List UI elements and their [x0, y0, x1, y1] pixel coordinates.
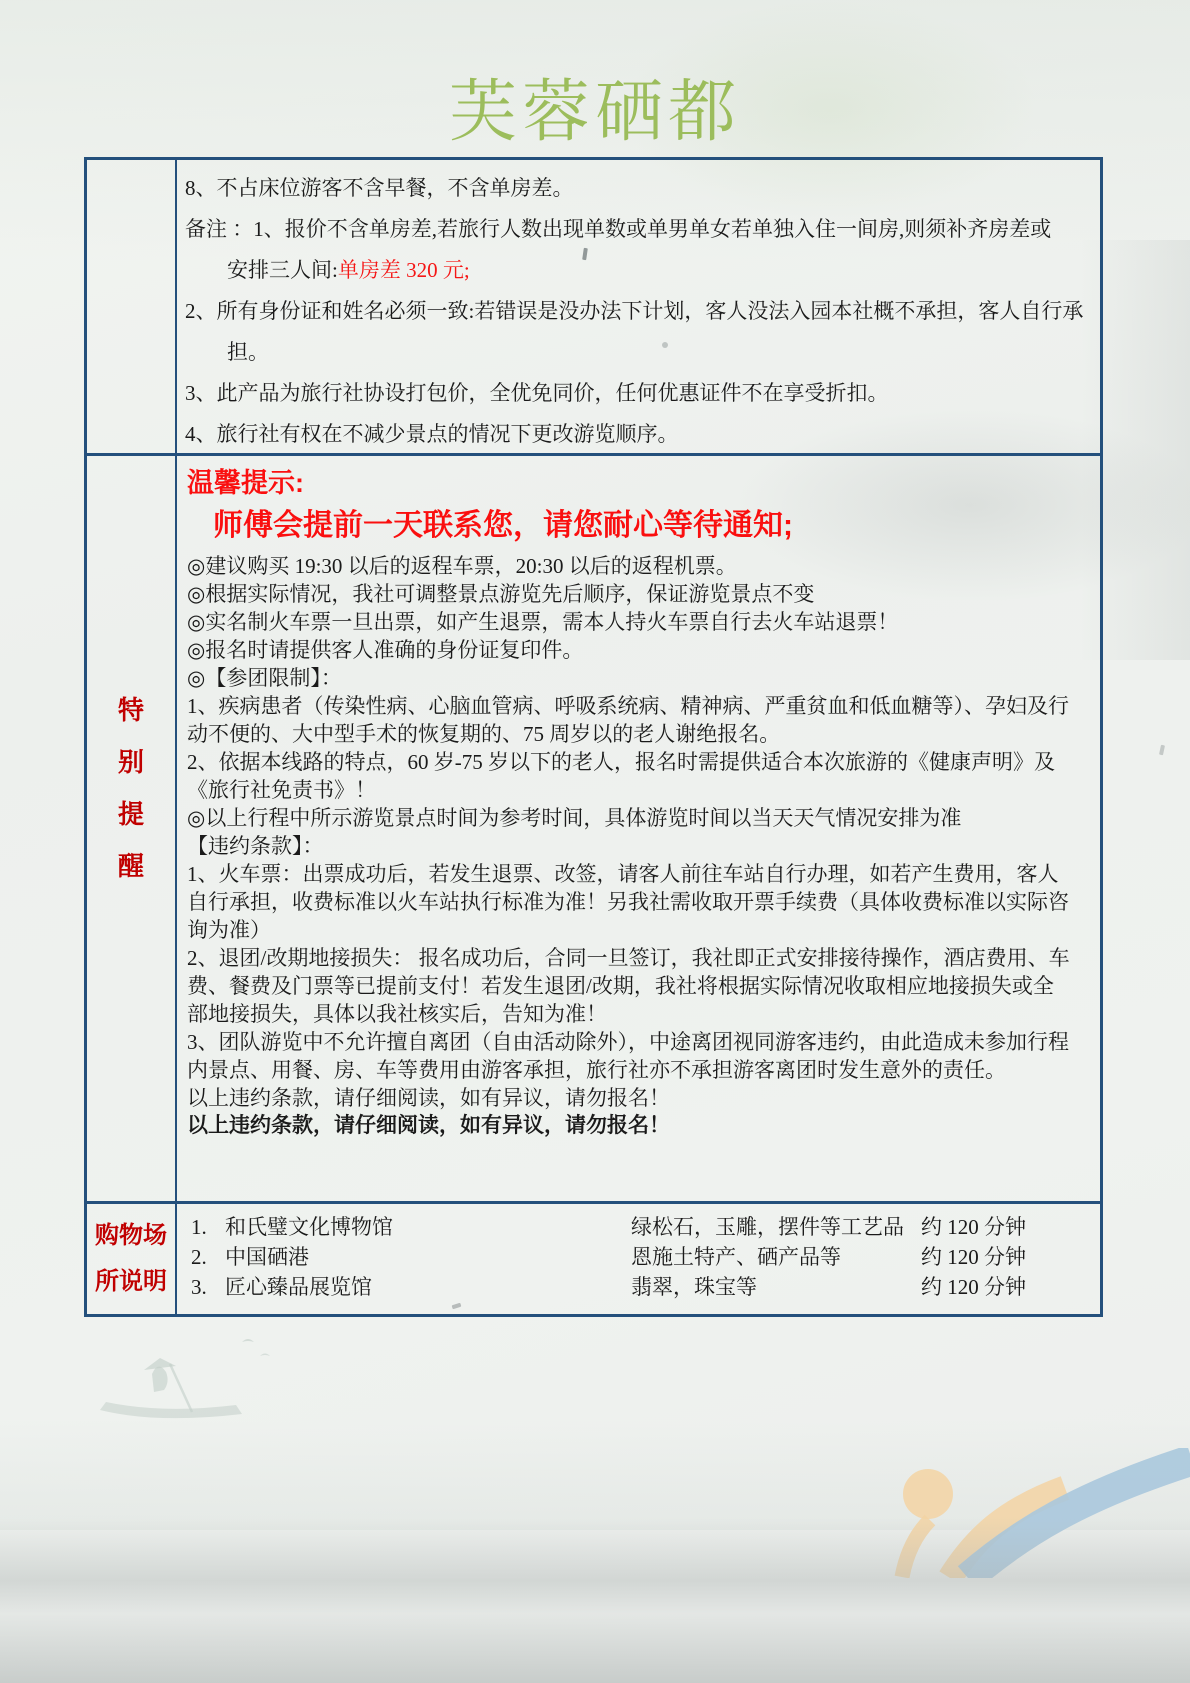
special-reminder-header: 特 别 提 醒 — [87, 456, 177, 1201]
special-header-char: 提 — [118, 789, 144, 841]
special-line: ◎报名时请提供客人准确的身份证复印件。 — [187, 636, 1072, 664]
shopping-cell: 1. 和氏璧文化博物馆 绿松石，玉雕，摆件等工艺品 约 120 分钟 2. 中国… — [177, 1204, 1100, 1314]
special-header-char: 醒 — [118, 841, 144, 893]
notes-cell: 8、不占床位游客不含早餐，不含单房差。 备注 ：1、报价不含单房差,若旅行人数出… — [177, 160, 1100, 453]
special-line: 1、火车票：出票成功后，若发生退票、改签，请客人前往车站自行办理，如若产生费用，… — [187, 860, 1072, 944]
shopping-item-name: 匠心臻品展览馆 — [225, 1272, 631, 1302]
logo-head-circle — [903, 1469, 953, 1519]
shopping-item-number: 1. — [191, 1212, 225, 1242]
shopping-row: 购物场 所说明 1. 和氏璧文化博物馆 绿松石，玉雕，摆件等工艺品 约 120 … — [87, 1204, 1100, 1314]
special-line: 以上违约条款，请仔细阅读，如有异议，请勿报名！ — [187, 1084, 1072, 1112]
remark-3: 3、此产品为旅行社协设打包价，全优免同价，任何优惠证件不在享受折扣。 — [185, 373, 1090, 414]
special-final-warning: 以上违约条款，请仔细阅读，如有异议，请勿报名！ — [187, 1112, 1072, 1140]
page-title: 芙蓉硒都 — [0, 58, 1190, 155]
warm-tip-highlight: 师傅会提前一天联系您，请您耐心等待通知; — [187, 504, 1072, 548]
ink-boat-watermark — [92, 1322, 302, 1442]
shopping-item-desc: 翡翠，珠宝等 — [631, 1272, 921, 1302]
note-item8: 8、不占床位游客不含早餐，不含单房差。 — [185, 168, 1090, 209]
shopping-item-duration: 约 120 分钟 — [921, 1242, 1088, 1272]
special-header-chars: 特 别 提 醒 — [118, 685, 144, 893]
shopping-item-name: 中国硒港 — [225, 1242, 631, 1272]
special-header-char: 别 — [118, 737, 144, 789]
remark-2: 2、所有身份证和姓名必须一致:若错误是没办法下计划，客人没法入园本社概不承担，客… — [185, 291, 1090, 373]
remark-1-line2: 安排三人间:单房差 320 元; — [185, 250, 1090, 291]
special-line: ◎实名制火车票一旦出票，如产生退票，需本人持火车票自行去火车站退票！ — [187, 608, 1072, 636]
shopping-item: 1. 和氏璧文化博物馆 绿松石，玉雕，摆件等工艺品 约 120 分钟 — [191, 1212, 1088, 1242]
special-line: 【违约条款】： — [187, 832, 1072, 860]
remark-4: 4、旅行社有权在不减少景点的情况下更改游览顺序。 — [185, 414, 1090, 455]
special-line: 1、疾病患者（传染性病、心脑血管病、呼吸系统病、精神病、严重贫血和低血糖等）、孕… — [187, 692, 1072, 748]
shopping-header: 购物场 所说明 — [87, 1204, 177, 1314]
special-line: ◎根据实际情况，我社可调整景点游览先后顺序，保证游览景点不变 — [187, 580, 1072, 608]
special-line: ◎建议购买 19:30 以后的返程车票，20:30 以后的返程机票。 — [187, 552, 1072, 580]
shopping-item-number: 3. — [191, 1272, 225, 1302]
special-line: 2、依据本线路的特点，60 岁-75 岁以下的老人，报名时需提供适合本次旅游的《… — [187, 748, 1072, 804]
special-line: ◎【参团限制】： — [187, 664, 1072, 692]
shopping-item-desc: 恩施土特产、硒产品等 — [631, 1242, 921, 1272]
remark-1-line1: 备注 ：1、报价不含单房差,若旅行人数出现单数或单男单女若单独入住一间房,则须补… — [185, 209, 1090, 250]
shopping-item-name: 和氏璧文化博物馆 — [225, 1212, 631, 1242]
notes-row-header-empty — [87, 160, 177, 453]
special-line: 3、团队游览中不允许擅自离团（自由活动除外），中途离团视同游客违约，由此造成未参… — [187, 1028, 1072, 1084]
shopping-header-line: 所说明 — [95, 1259, 167, 1305]
notes-row: 8、不占床位游客不含早餐，不含单房差。 备注 ：1、报价不含单房差,若旅行人数出… — [87, 160, 1100, 456]
paper-speck — [662, 342, 668, 348]
paper-shade-bottom — [0, 1518, 1190, 1683]
shopping-item-number: 2. — [191, 1242, 225, 1272]
shopping-item-desc: 绿松石，玉雕，摆件等工艺品 — [631, 1212, 921, 1242]
shopping-item: 3. 匠心臻品展览馆 翡翠，珠宝等 约 120 分钟 — [191, 1272, 1088, 1302]
shopping-item-duration: 约 120 分钟 — [921, 1272, 1088, 1302]
special-reminder-cell: 温馨提示: 师傅会提前一天联系您，请您耐心等待通知; ◎建议购买 19:30 以… — [177, 456, 1100, 1201]
special-line: 2、退团/改期地接损失： 报名成功后，合同一旦签订，我社即正式安排接待操作，酒店… — [187, 944, 1072, 1028]
special-header-char: 特 — [118, 685, 144, 737]
special-line: ◎以上行程中所示游览景点时间为参考时间，具体游览时间以当天天气情况安排为准 — [187, 804, 1072, 832]
document-page: 芙蓉硒都 8、不占床位游客不含早餐，不含单房差。 备注 ：1、报价不含单房差,若… — [0, 0, 1190, 1683]
shopping-item: 2. 中国硒港 恩施土特产、硒产品等 约 120 分钟 — [191, 1242, 1088, 1272]
remark-1-line2-plain: 安排三人间: — [227, 258, 338, 282]
remark-1-line2-price: 单房差 320 元; — [338, 258, 470, 282]
shopping-header-line: 购物场 — [95, 1213, 167, 1259]
shopping-item-duration: 约 120 分钟 — [921, 1212, 1088, 1242]
special-reminder-row: 特 别 提 醒 温馨提示: 师傅会提前一天联系您，请您耐心等待通知; ◎建议购买… — [87, 456, 1100, 1204]
paper-speck — [1159, 745, 1165, 756]
main-table: 8、不占床位游客不含早餐，不含单房差。 备注 ：1、报价不含单房差,若旅行人数出… — [84, 157, 1103, 1317]
warm-tip-title: 温馨提示: — [187, 462, 1072, 504]
